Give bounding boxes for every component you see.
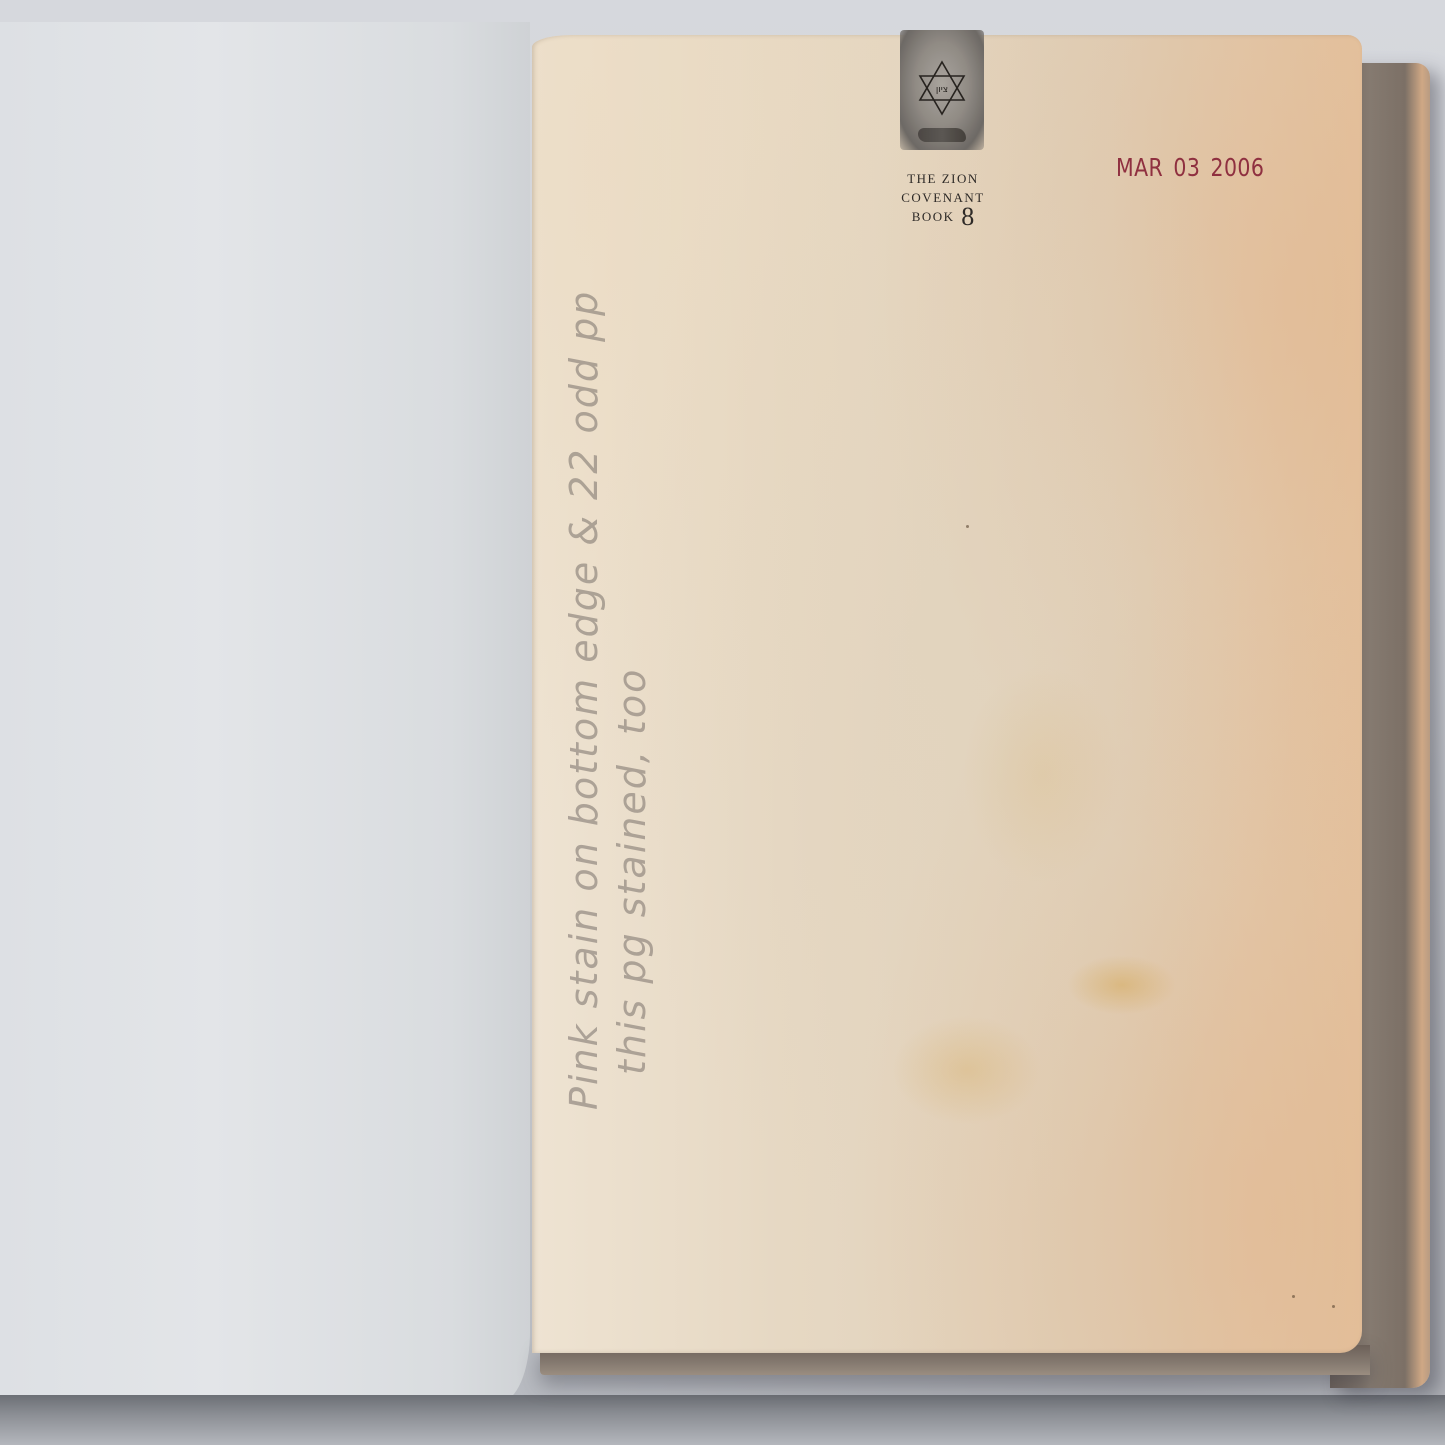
date-stamp: MAR 03 2006 (1116, 153, 1264, 182)
paper-speck (1292, 1295, 1295, 1298)
title-page: ציון THE ZION COVENANT BOOK 8 MAR 03 200… (532, 35, 1362, 1353)
water-stain (892, 1015, 1042, 1125)
book-shadow (0, 1395, 1445, 1445)
paper-speck (1332, 1305, 1335, 1308)
water-stain (1067, 955, 1177, 1015)
water-stain (962, 665, 1122, 885)
emblem-hebrew-text: ציון (936, 85, 948, 95)
star-of-david-icon: ציון (916, 60, 968, 116)
book-number: 8 (961, 202, 974, 231)
inside-cover-page (0, 22, 530, 1402)
book-word: BOOK (912, 209, 955, 224)
series-line-3: BOOK 8 (888, 207, 998, 226)
pencil-note-line-1: Pink stain on bottom edge & 22 odd pp (562, 290, 606, 1110)
pencil-note-line-2: this pg stained, too (610, 668, 654, 1075)
series-line-1: THE ZION (888, 169, 998, 188)
paper-speck (966, 525, 969, 528)
emblem-plate: ציון (900, 30, 984, 150)
series-title: THE ZION COVENANT BOOK 8 (888, 169, 998, 226)
series-line-2: COVENANT (888, 188, 998, 207)
stone-rubble (918, 128, 966, 142)
